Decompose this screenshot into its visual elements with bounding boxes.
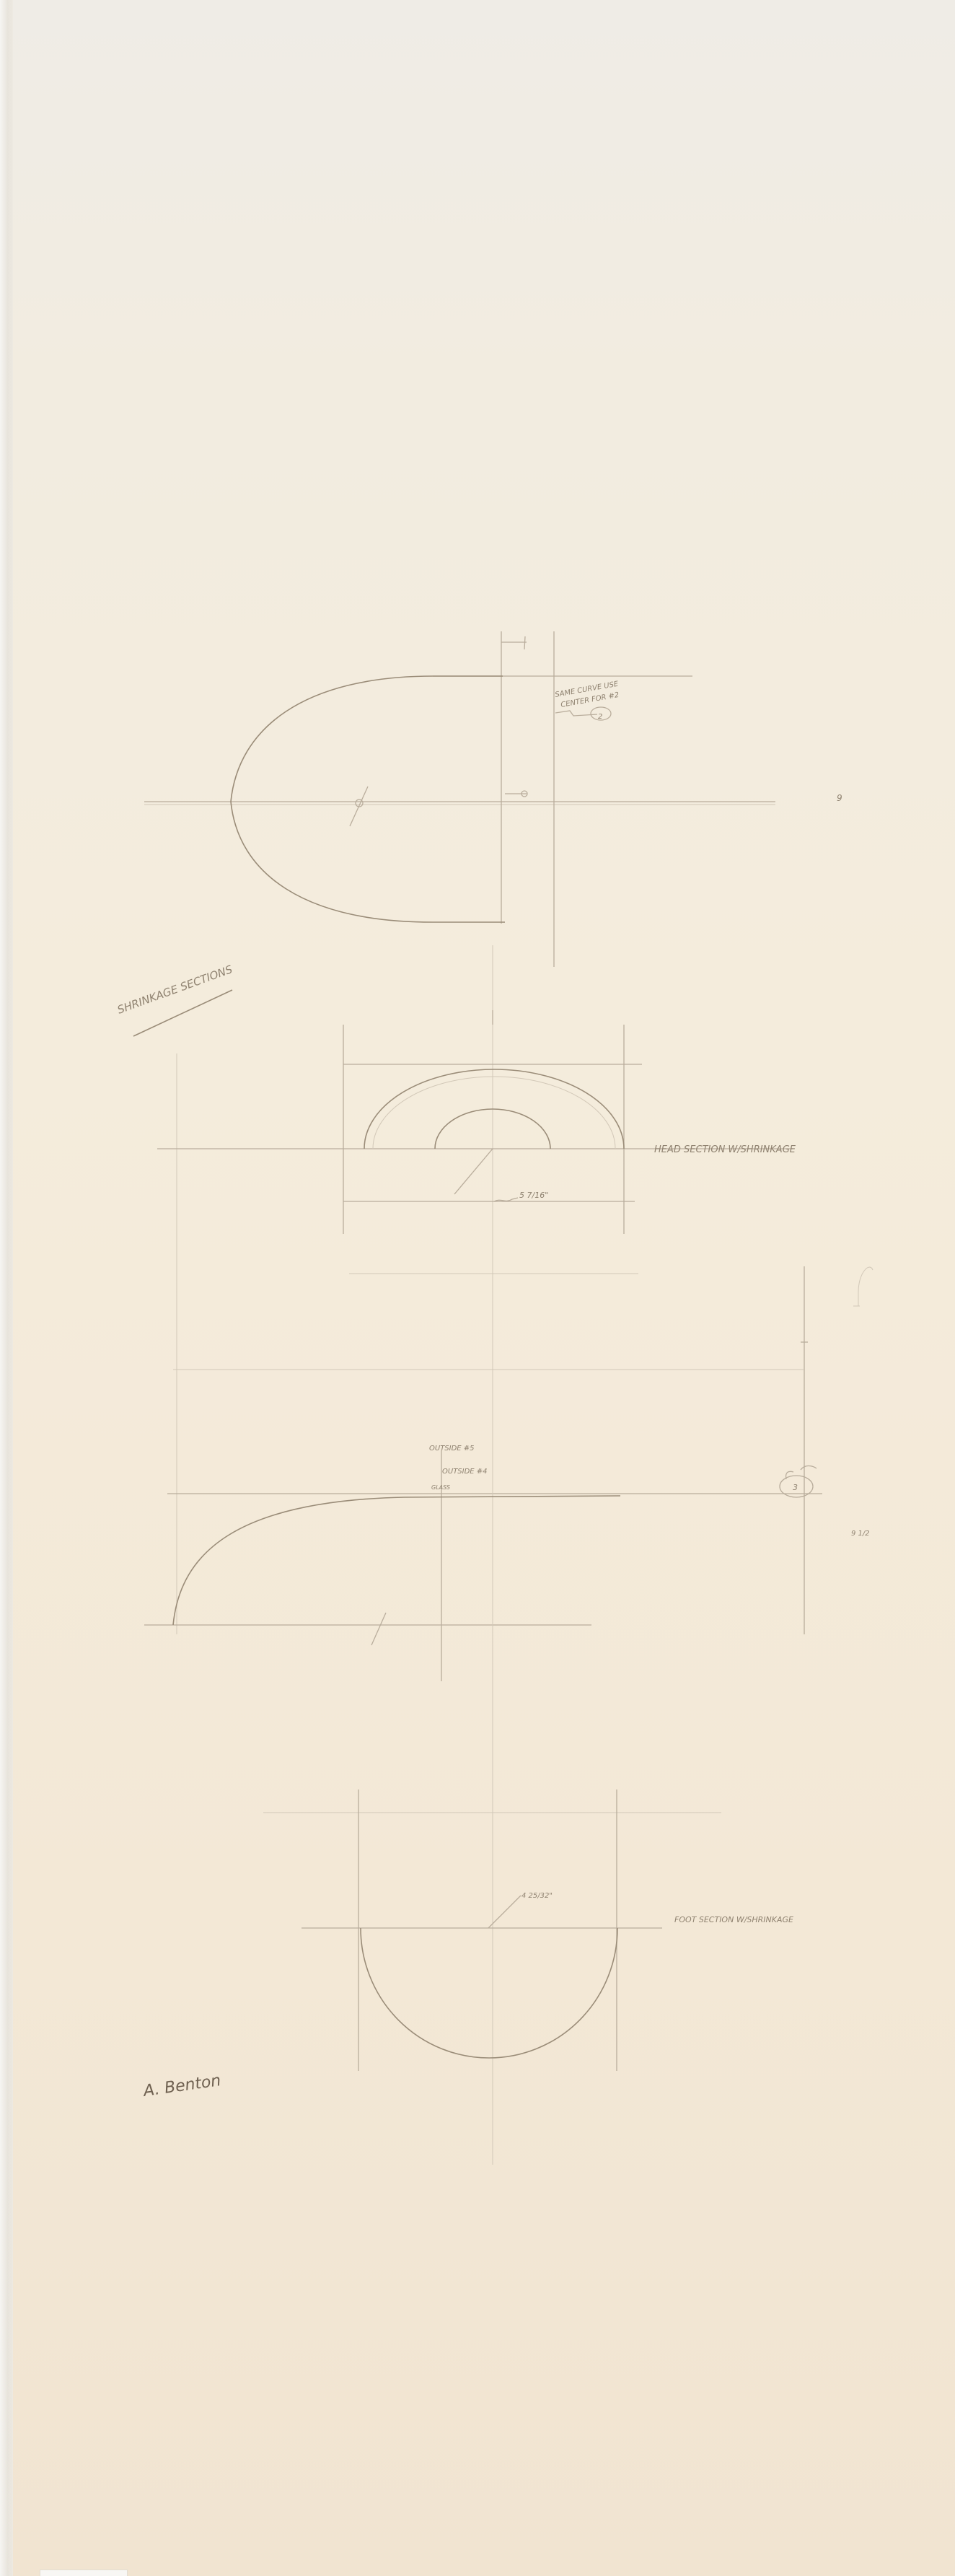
- side-profile-curve: [173, 1496, 620, 1625]
- profile-view: 2 SAME CURVE USE CENTER FOR #2 9: [144, 631, 842, 967]
- foot-arc: [361, 1928, 617, 2058]
- label-outside-5: OUTSIDE #5: [429, 1445, 475, 1453]
- profile-side-mark: 9: [837, 793, 842, 803]
- head-dimension: 5 7/16": [519, 1191, 548, 1200]
- label-outside-4: OUTSIDE #4: [442, 1468, 488, 1476]
- profile-curve: [231, 676, 505, 922]
- title-note: SHRINKAGE SECTIONS: [115, 963, 234, 1017]
- label-glass: GLASS: [431, 1484, 450, 1491]
- foot-section: 4 25/32" FOOT SECTION W/SHRINKAGE: [263, 1789, 793, 2071]
- artist-signature: A. Benton: [141, 2072, 221, 2100]
- profile-callout-2: 2: [598, 713, 602, 721]
- foot-dimension: 4 25/32": [521, 1892, 553, 1900]
- side-callout-3: 3: [793, 1483, 798, 1492]
- technical-drawing: 2 SAME CURVE USE CENTER FOR #2 9 SHRINKA…: [0, 0, 955, 2576]
- bottom-label-tab: [40, 2570, 128, 2576]
- side-mark: 9 1/2: [851, 1530, 870, 1538]
- side-profile: OUTSIDE #5 OUTSIDE #4 GLASS 3 9 1/2: [144, 1266, 873, 1681]
- foot-section-label: FOOT SECTION W/SHRINKAGE: [674, 1915, 793, 1924]
- head-section-label: HEAD SECTION W/SHRINKAGE: [654, 1144, 796, 1155]
- shrinkage-sections-title: SHRINKAGE SECTIONS: [115, 963, 234, 1036]
- head-section: 5 7/16" HEAD SECTION W/SHRINKAGE: [157, 945, 796, 2165]
